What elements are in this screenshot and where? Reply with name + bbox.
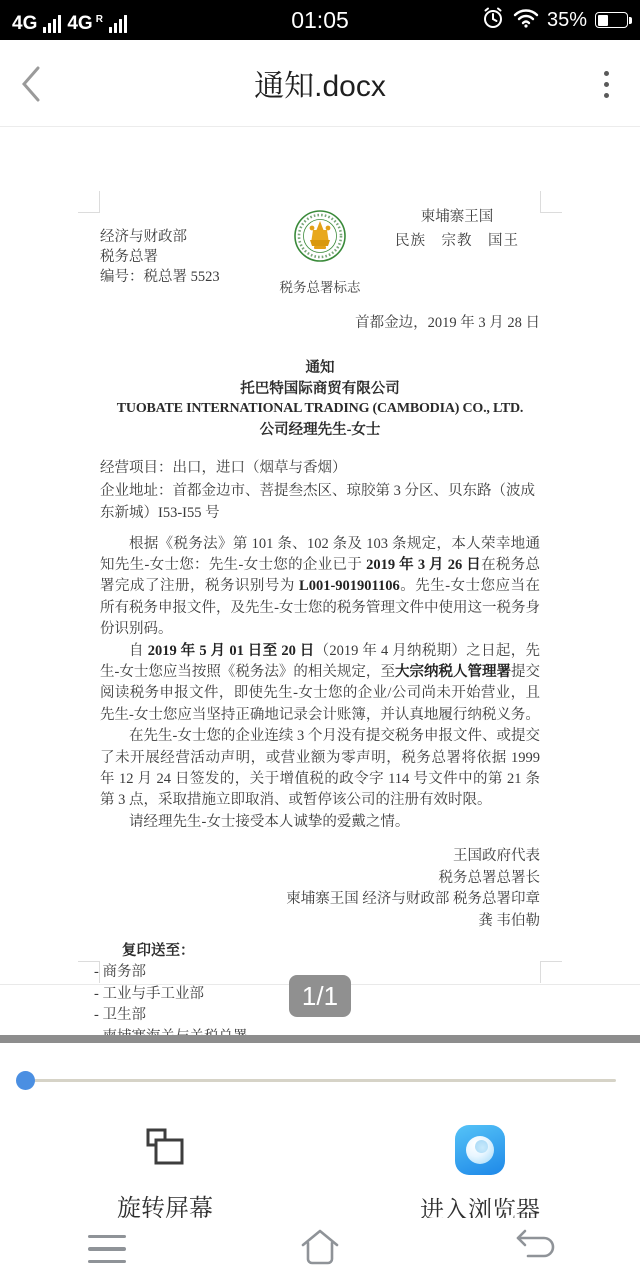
notice-title-line: 公司经理先生-女士 [100,420,540,441]
notice-paragraph: 自 2019 年 5 月 01 日至 20 日（2019 年 4 月纳税期）之日… [100,641,540,727]
chevron-left-icon [18,62,44,106]
back-button[interactable] [18,64,58,104]
dateline: 首都金边，2019 年 3 月 28 日 [100,311,540,332]
signal-bars-icon [43,15,61,33]
signature-line: 龚 韦伯勒 [100,911,540,933]
home-icon [297,1226,343,1273]
carrier-signal-group: 4G 4GR [12,0,127,40]
notice-body: 根据《税务法》第 101 条、102 条及 103 条规定，本人荣幸地通知先生-… [100,534,540,834]
page-margin-mark [540,961,562,983]
page-indicator-badge: 1/1 [289,975,351,1017]
open-in-browser-button[interactable]: 进入浏览器 [380,1125,580,1225]
kingdom-block: 柬埔寨王国 民族 宗教 国王 [368,205,546,253]
panel-divider [0,1035,640,1043]
back-nav-button[interactable] [427,1228,640,1271]
kingdom-line: 柬埔寨王国 [368,205,546,229]
notice-paragraph: 请经理先生-女士接受本人诚挚的爱戴之情。 [100,812,540,833]
signature-block: 王国政府代表税务总署总署长柬埔寨王国 经济与财政部 税务总署印章龚 韦伯勒 [100,846,540,932]
menu-icon [88,1235,126,1264]
signal-bars-icon [109,15,127,33]
system-navigation-bar [0,1218,640,1280]
wifi-icon [513,7,539,34]
battery-percent-label: 35% [547,9,587,32]
status-bar: 4G 4GR 01:05 [0,0,640,40]
signature-line: 税务总署总署长 [100,868,540,890]
notice-title-line: TUOBATE INTERNATIONAL TRADING (CAMBODIA)… [100,399,540,420]
signature-line: 王国政府代表 [100,846,540,868]
company-info-block: 经营项目：出口，进口（烟草与香烟）企业地址：首都金边市、菩提叁杰区、琼胶第 3 … [100,457,540,525]
rotate-screen-button[interactable]: 旋转屏幕 [65,1125,265,1223]
page-margin-mark [78,191,100,213]
notice-title-line: 托巴特国际商贸有限公司 [100,379,540,400]
tax-department-seal-icon [293,209,347,263]
signature-line: 柬埔寨王国 经济与财政部 税务总署印章 [100,889,540,911]
slider-thumb[interactable] [16,1071,35,1090]
recents-menu-button[interactable] [0,1235,213,1264]
app-header: 通知.docx [0,40,640,127]
kingdom-motto: 民族 宗教 国王 [368,229,546,253]
return-arrow-icon [508,1228,558,1271]
carrier2-label: 4GR [67,14,103,33]
notice-title-block: 通知托巴特国际商贸有限公司TUOBATE INTERNATIONAL TRADI… [100,358,540,440]
phone-screen: 4G 4GR 01:05 [0,0,640,1280]
emblem-caption: 税务总署标志 [100,276,540,296]
document-content: 经济与财政部税务总署编号：税总署 5523 [100,205,540,1035]
carrier1-label: 4G [12,14,37,33]
browser-app-icon [455,1125,505,1175]
carrier2-roaming-indicator: R [96,15,103,25]
battery-icon [595,12,628,28]
notice-paragraph: 在先生-女士您的企业连续 3 个月没有提交税务申报文件、或提交了未开展经营活动声… [100,726,540,812]
cc-title: 复印送至： [122,939,540,960]
company-info-line: 经营项目：出口，进口（烟草与香烟） [100,457,540,480]
document-progress-slider[interactable] [24,1079,616,1082]
rotate-screen-icon [141,1160,189,1177]
alarm-icon [481,6,505,35]
status-icons-group: 35% [481,6,628,35]
notice-paragraph: 根据《税务法》第 101 条、102 条及 103 条规定，本人荣幸地通知先生-… [100,534,540,641]
home-button[interactable] [213,1226,426,1273]
document-title: 通知.docx [254,61,386,105]
document-page-view[interactable]: 经济与财政部税务总署编号：税总署 5523 [0,128,640,1035]
notice-title-line: 通知 [100,358,540,379]
company-info-line: 企业地址：首都金边市、菩提叁杰区、琼胶第 3 分区、贝东路（波成东新城）I53-… [100,480,540,525]
more-options-button[interactable] [596,66,616,102]
cc-item: - 柬埔寨海关与关税总署 [94,1027,540,1035]
